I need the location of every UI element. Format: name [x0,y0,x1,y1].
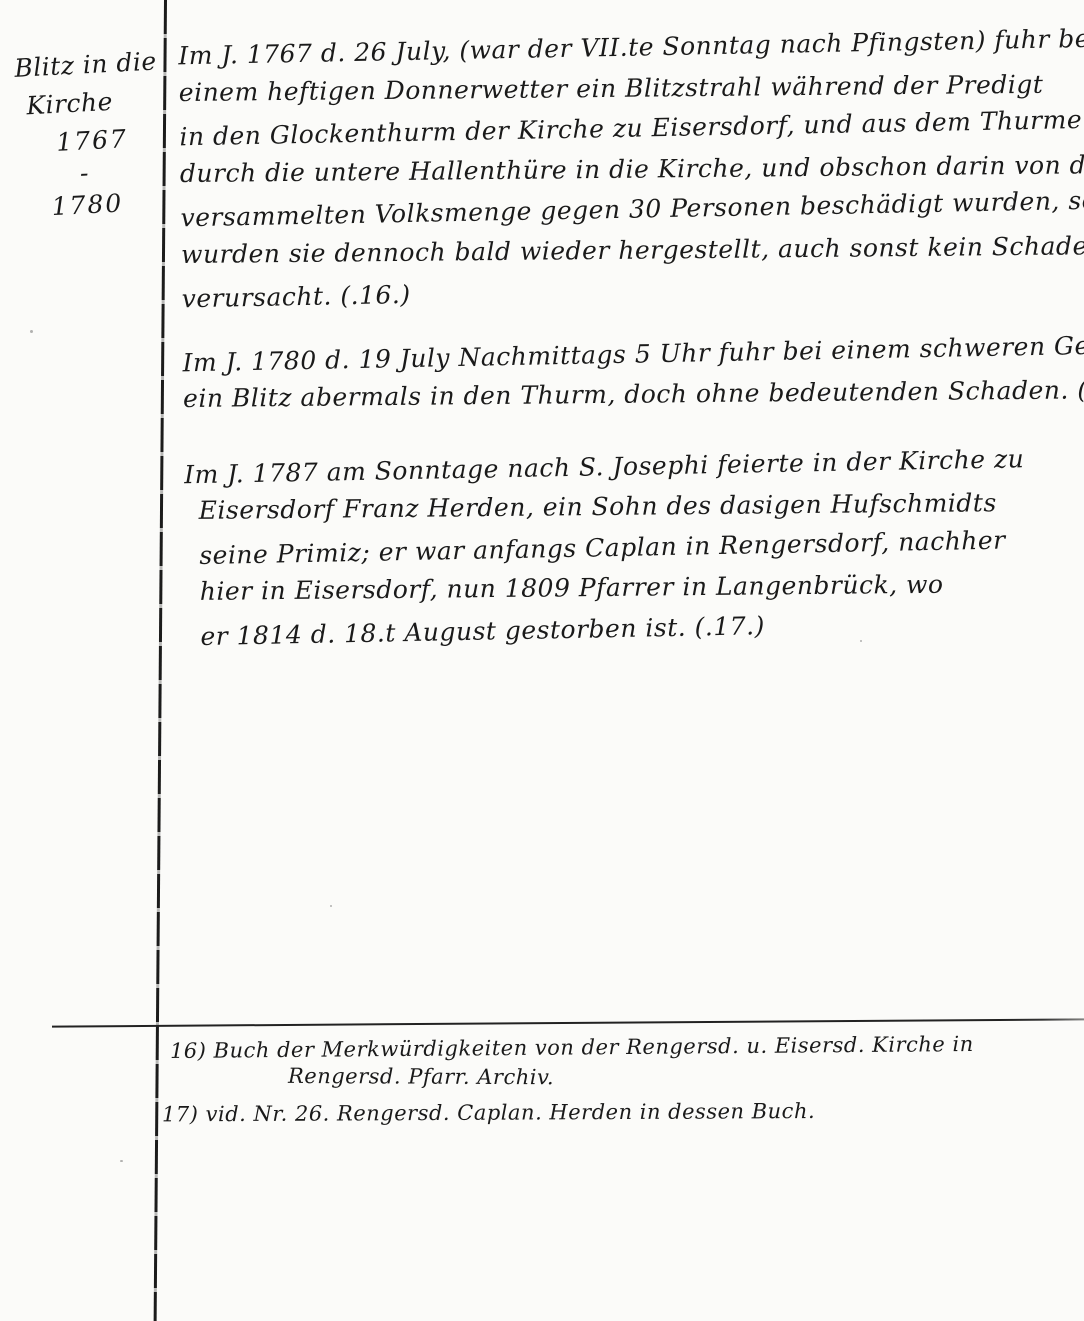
paragraph-entry-1787: Im J. 1787 am Sonntage nach S. Josephi f… [184,440,1084,655]
footnotes: 16) Buch der Merkwürdigkeiten von der Re… [0,1032,1084,1128]
scan-speckle [860,640,862,642]
handwritten-line: 1767 [55,118,167,162]
body-text: Im J. 1767 d. 26 July, (war der VII.te S… [178,21,1084,655]
footnote-16-line-2: Rengersd. Pfarr. Archiv. [288,1061,1084,1096]
handwritten-line: ein Blitz abermals in den Thurm, doch oh… [183,370,1083,419]
paragraph-entry-1780: Im J. 1780 d. 19 July Nachmittags 5 Uhr … [182,328,1083,422]
manuscript-page: Blitz in dieKirche1767-1780 Im J. 1767 d… [0,0,1084,1321]
margin-note: Blitz in dieKirche1767-1780 [11,42,170,228]
footnote-separator-line [52,1018,1084,1027]
footnote-17: 17) vid. Nr. 26. Rengersd. Caplan. Herde… [162,1095,1084,1131]
scan-speckle [30,330,33,333]
scan-speckle [1010,205,1013,207]
handwritten-line: Blitz in die [13,42,163,88]
handwritten-line: 1780 [51,182,171,226]
paragraph-entry-1767: Im J. 1767 d. 26 July, (war der VII.te S… [178,21,1082,317]
scan-speckle [330,905,332,907]
scan-speckle [120,1160,123,1162]
